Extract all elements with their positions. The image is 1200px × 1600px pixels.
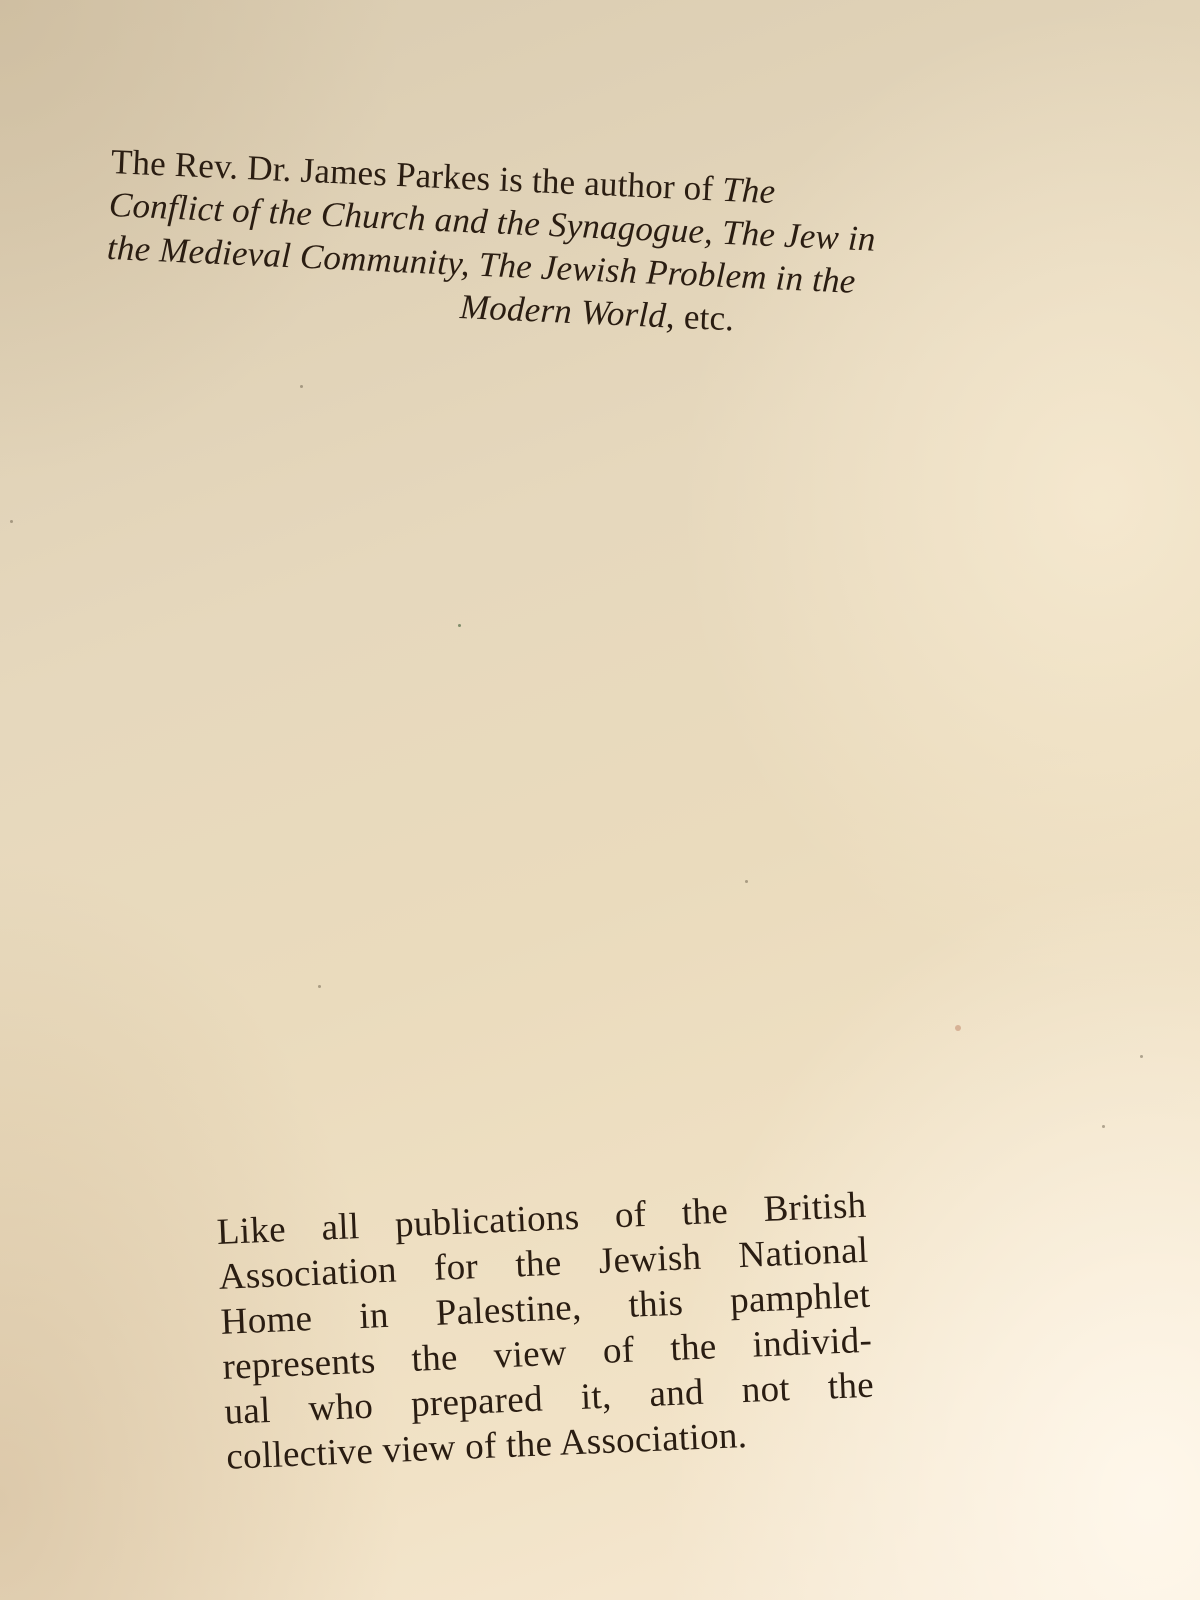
paper-speck bbox=[955, 1025, 961, 1031]
paper-speck bbox=[300, 385, 303, 388]
paper-speck bbox=[458, 624, 461, 627]
book-title-fragment: Modern World bbox=[459, 287, 667, 335]
author-note-text: , etc. bbox=[665, 296, 735, 338]
paper-speck bbox=[1140, 1055, 1143, 1058]
disclaimer-paragraph: Like all publications of the British Ass… bbox=[216, 1183, 877, 1480]
paper-speck bbox=[1102, 1125, 1105, 1128]
paper-speck bbox=[745, 880, 748, 883]
paper-speck bbox=[318, 985, 321, 988]
paper-speck bbox=[10, 520, 13, 523]
book-title-fragment: The bbox=[721, 170, 776, 211]
author-note: The Rev. Dr. James Parkes is the author … bbox=[104, 140, 1096, 357]
pamphlet-page: The Rev. Dr. James Parkes is the author … bbox=[0, 0, 1200, 1600]
